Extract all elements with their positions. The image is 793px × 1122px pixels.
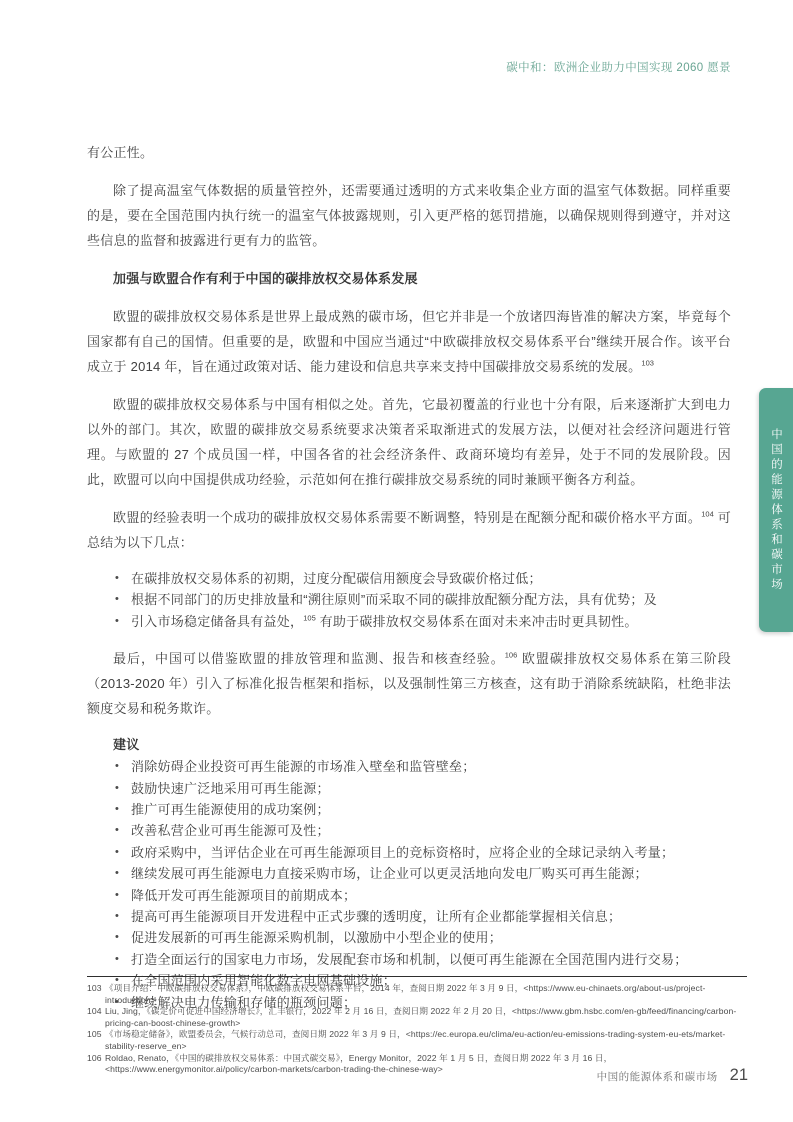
list-item-text: 在碳排放权交易体系的初期，过度分配碳信用额度会导致碳价格过低； [131,571,542,586]
paragraph-text: 欧盟的经验表明一个成功的碳排放权交易体系需要不断调整，特别是在配额分配和碳价格水… [113,510,701,525]
list-item: •促进发展新的可再生能源采购机制，以激励中小型企业的使用； [115,927,731,948]
list-item: •消除妨碍企业投资可再生能源的市场准入壁垒和监管壁垒； [115,756,731,777]
paragraph-eu-china-similarity: 欧盟的碳排放权交易体系与中国有相似之处。首先，它最初覆盖的行业也十分有限，后来逐… [87,392,731,492]
footnote-ref-104: 104 [701,510,714,519]
footnote: 104 Liu, Jing，《碳定价可促进中国经济增长》，汇丰银行，2022 年… [87,1006,747,1029]
bullet-icon: • [115,778,119,799]
list-item-text: 提高可再生能源项目开发进程中正式步骤的透明度，让所有企业都能掌握相关信息； [131,909,621,924]
section-heading-eu-cooperation: 加强与欧盟合作有利于中国的碳排放权交易体系发展 [87,266,731,291]
side-tab-energy-carbon-market: 中国的能源体系和碳市场 [759,388,793,632]
document-page: 碳中和：欧洲企业助力中国实现 2060 愿景 有公正性。 除了提高温室气体数据的… [0,0,793,1122]
list-item: •鼓励快速广泛地采用可再生能源； [115,778,731,799]
list-item-text: 促进发展新的可再生能源采购机制，以激励中小型企业的使用； [131,930,502,945]
list-item-text: 有助于碳排放权交易体系在面对未来冲击时更具韧性。 [316,614,638,629]
bullet-icon: • [115,885,119,906]
list-item: •改善私营企业可再生能源可及性； [115,820,731,841]
paragraph-mrv-experience: 最后，中国可以借鉴欧盟的排放管理和监测、报告和核查经验。106 欧盟碳排放权交易… [87,646,731,721]
list-item-text: 降低开发可再生能源项目的前期成本； [131,888,356,903]
list-item: •在碳排放权交易体系的初期，过度分配碳信用额度会导致碳价格过低； [115,568,731,589]
report-title: 碳中和：欧洲企业助力中国实现 2060 愿景 [506,62,731,74]
list-item: •提高可再生能源项目开发进程中正式步骤的透明度，让所有企业都能掌握相关信息； [115,906,731,927]
footnote-ref-103: 103 [641,359,654,368]
footnote-number: 103 [87,983,105,1006]
bullet-icon: • [115,611,119,632]
list-item-text: 推广可再生能源使用的成功案例； [131,802,330,817]
ets-lessons-list: •在碳排放权交易体系的初期，过度分配碳信用额度会导致碳价格过低； •根据不同部门… [87,568,731,632]
footnote-number: 104 [87,1006,105,1029]
list-item: •根据不同部门的历史排放量和“溯往原则”而采取不同的碳排放配额分配方法，具有优势… [115,589,731,610]
list-item-text: 政府采购中，当评估企业在可再生能源项目上的竞标资格时，应将企业的全球记录纳入考量… [131,845,674,860]
bullet-icon: • [115,927,119,948]
footer-section-label: 中国的能源体系和碳市场 [597,1069,718,1084]
footnote-number: 105 [87,1029,105,1052]
paragraph-eu-ets-platform: 欧盟的碳排放权交易体系是世界上最成熟的碳市场，但它并非是一个放诸四海皆准的解决方… [87,304,731,379]
list-item-text: 引入市场稳定储备具有益处， [131,614,303,629]
bullet-icon: • [115,949,119,970]
footnote-text: Liu, Jing，《碳定价可促进中国经济增长》，汇丰银行，2022 年 2 月… [105,1006,747,1029]
page-footer: 中国的能源体系和碳市场 21 [597,1066,748,1085]
footnote-number: 106 [87,1053,105,1076]
bullet-icon: • [115,906,119,927]
page-header: 碳中和：欧洲企业助力中国实现 2060 愿景 [87,58,731,76]
paragraph-ghg-disclosure: 除了提高温室气体数据的质量管控外，还需要通过透明的方式来收集企业方面的温室气体数… [87,178,731,253]
list-item: •打造全面运行的国家电力市场，发展配套市场和机制，以便可再生能源在全国范围内进行… [115,949,731,970]
footnote-text: 《市场稳定储备》，欧盟委员会，气候行动总司，查阅日期 2022 年 3 月 9 … [105,1029,747,1052]
list-item: •引入市场稳定储备具有益处，105 有助于碳排放权交易体系在面对未来冲击时更具韧… [115,611,731,632]
list-item: •推广可再生能源使用的成功案例； [115,799,731,820]
bullet-icon: • [115,756,119,777]
footnote: 103 《项目介绍：中欧碳排放权交易体系》，中欧碳排放权交易体系平台，2014 … [87,983,747,1006]
recommendations-heading: 建议 [87,734,731,755]
footnote-divider [87,976,747,977]
list-item-text: 鼓励快速广泛地采用可再生能源； [131,781,330,796]
bullet-icon: • [115,820,119,841]
list-item-text: 打造全面运行的国家电力市场，发展配套市场和机制，以便可再生能源在全国范围内进行交… [131,952,688,967]
footnote-text: 《项目介绍：中欧碳排放权交易体系》，中欧碳排放权交易体系平台，2014 年，查阅… [105,983,747,1006]
footnote-ref-106: 106 [505,651,518,660]
bullet-icon: • [115,863,119,884]
list-item-text: 消除妨碍企业投资可再生能源的市场准入壁垒和监管壁垒； [131,759,476,774]
bullet-icon: • [115,842,119,863]
list-item: •降低开发可再生能源项目的前期成本； [115,885,731,906]
footnotes-section: 103 《项目介绍：中欧碳排放权交易体系》，中欧碳排放权交易体系平台，2014 … [87,976,747,1076]
bullet-icon: • [115,568,119,589]
footnote: 105 《市场稳定储备》，欧盟委员会，气候行动总司，查阅日期 2022 年 3 … [87,1029,747,1052]
paragraph-eu-experience: 欧盟的经验表明一个成功的碳排放权交易体系需要不断调整，特别是在配额分配和碳价格水… [87,505,731,555]
paragraph-text: 欧盟的碳排放权交易体系是世界上最成熟的碳市场，但它并非是一个放诸四海皆准的解决方… [87,309,731,374]
side-tab-label: 中国的能源体系和碳市场 [768,428,784,593]
bullet-icon: • [115,589,119,610]
bullet-icon: • [115,799,119,820]
list-item: •政府采购中，当评估企业在可再生能源项目上的竞标资格时，应将企业的全球记录纳入考… [115,842,731,863]
footnote-ref-105: 105 [303,613,316,622]
list-item-text: 继续发展可再生能源电力直接采购市场，让企业可以更灵活地向发电厂购买可再生能源； [131,866,648,881]
recommendations-list: •消除妨碍企业投资可再生能源的市场准入壁垒和监管壁垒； •鼓励快速广泛地采用可再… [87,756,731,1013]
list-item-text: 改善私营企业可再生能源可及性； [131,823,330,838]
paragraph-text: 最后，中国可以借鉴欧盟的排放管理和监测、报告和核查经验。 [113,651,505,666]
body-column: 有公正性。 除了提高温室气体数据的质量管控外，还需要通过透明的方式来收集企业方面… [87,140,731,1027]
list-item-text: 根据不同部门的历史排放量和“溯往原则”而采取不同的碳排放配额分配方法，具有优势；… [131,592,657,607]
page-number: 21 [730,1066,748,1085]
paragraph-continuation: 有公正性。 [87,140,731,165]
list-item: •继续发展可再生能源电力直接采购市场，让企业可以更灵活地向发电厂购买可再生能源； [115,863,731,884]
